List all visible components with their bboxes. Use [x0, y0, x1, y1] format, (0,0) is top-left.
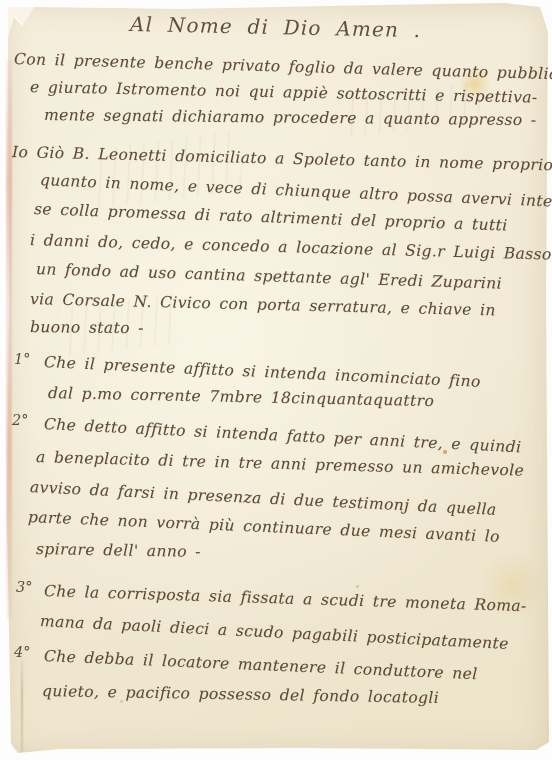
manuscript-line: mana da paoli dieci a scudo pagabili pos…: [40, 612, 510, 653]
manuscript-line: e giurato Istromento noi qui appiè sotto…: [30, 78, 538, 107]
manuscript-line: mente segnati dichiaramo procedere a qua…: [44, 106, 537, 129]
manuscript-line: dal p.mo corrente 7mbre 18cinquantaquatt…: [48, 384, 435, 410]
manuscript-line: un fondo ad uso cantina spettante agl' E…: [36, 260, 502, 293]
scanned-document: Al Nome di Dio Amen . Con il presente be…: [0, 0, 552, 760]
manuscript-line: spirare dell' anno -: [36, 540, 201, 561]
manuscript-line: i danni do, cedo, e concedo a locazione …: [30, 231, 552, 264]
handwriting-layer: Al Nome di Dio Amen . Con il presente be…: [0, 0, 552, 760]
manuscript-line: quieto, e pacifico possesso del fondo lo…: [42, 682, 439, 707]
manuscript-line: buono stato -: [30, 318, 144, 337]
manuscript-line: via Corsale N. Civico con porta serratur…: [30, 290, 496, 319]
clause-number: 1°: [14, 352, 30, 368]
clause-number: 2°: [12, 413, 28, 429]
clause-number: 3°: [16, 580, 32, 596]
manuscript-line: Io Giò B. Leonetti domiciliato a Spoleto…: [12, 143, 552, 174]
manuscript-title: Al Nome di Dio Amen .: [130, 12, 422, 42]
clause-number: 4°: [14, 645, 30, 661]
manuscript-line: Che la corrisposta sia fissata a scudi t…: [44, 582, 527, 615]
manuscript-line: Che debba il locatore mantenere il condu…: [44, 647, 478, 683]
